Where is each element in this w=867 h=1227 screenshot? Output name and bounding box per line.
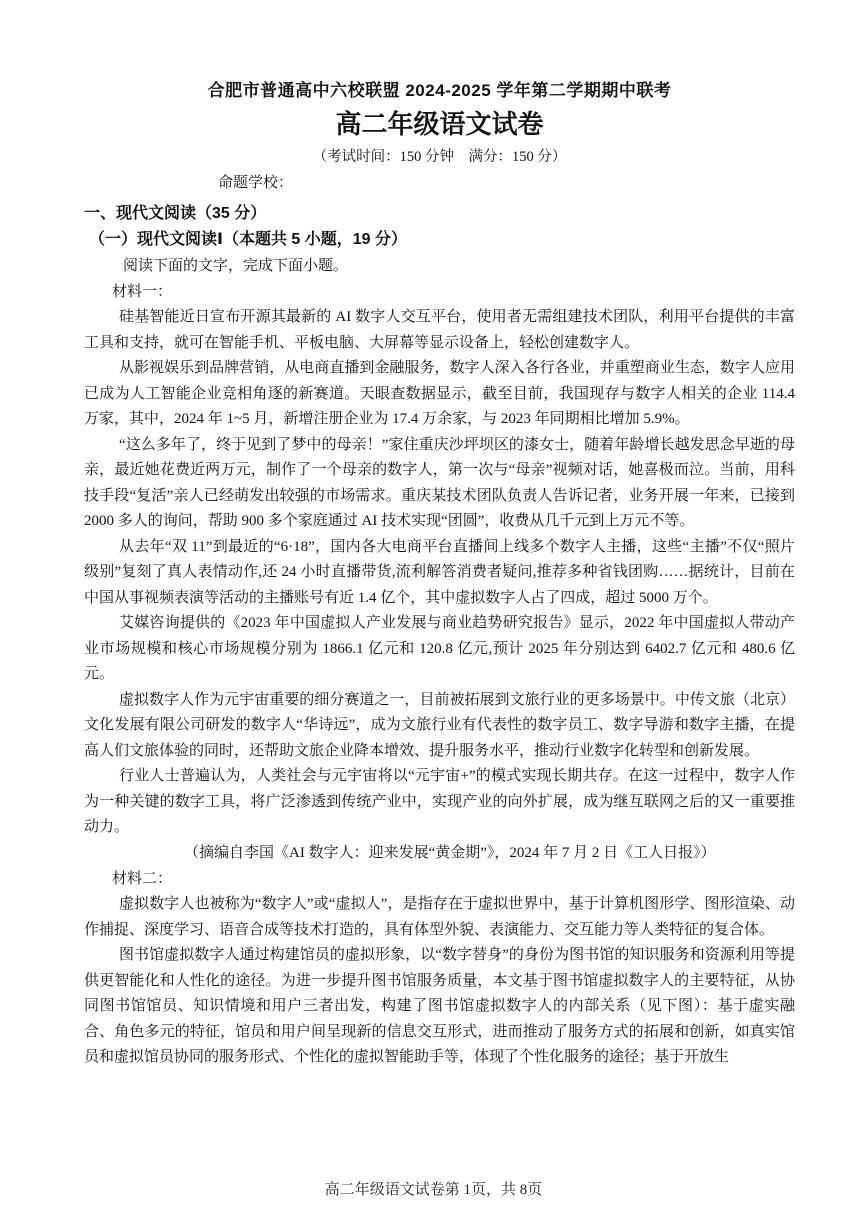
exam-title-line2: 高二年级语文试卷: [84, 106, 795, 142]
reading-instruction: 阅读下面的文字，完成下面小题。: [84, 253, 795, 279]
material-1-paragraph: “这么多年了，终于见到了梦中的母亲！”家住重庆沙坪坝区的漆女士，随着年龄增长越发…: [84, 433, 795, 535]
material-1-paragraph: 从去年“双 11”到最近的“6·18”，国内各大电商平台直播间上线多个数字人主播…: [84, 535, 795, 612]
material-1-paragraph: 艾媒咨询提供的《2023 年中国虚拟人产业发展与商业趋势研究报告》显示，2022…: [84, 611, 795, 688]
material-1-source-attribution: （摘编自李国《AI 数字人：迎来发展“黄金期”》，2024 年 7 月 2 日《…: [84, 841, 795, 867]
material-1-paragraph: 从影视娱乐到品牌营销，从电商直播到金融服务，数字人深入各行各业，并重塑商业生态，…: [84, 356, 795, 433]
material-1-paragraph: 硅基智能近日宣布开源其最新的 AI 数字人交互平台，使用者无需组建技术团队，利用…: [84, 305, 795, 356]
material-1-body: 硅基智能近日宣布开源其最新的 AI 数字人交互平台，使用者无需组建技术团队，利用…: [84, 305, 795, 841]
page-content: 合肥市普通高中六校联盟 2024-2025 学年第二学期期中联考 高二年级语文试…: [0, 0, 867, 1071]
material-1-paragraph: 行业人士普遍认为，人类社会与元宇宙将以“元宇宙+”的模式实现长期共存。在这一过程…: [84, 764, 795, 841]
material-2-paragraph: 图书馆虚拟数字人通过构建馆员的虚拟形象，以“数字替身”的身份为图书馆的知识服务和…: [84, 943, 795, 1071]
material-2-label: 材料二：: [84, 866, 795, 892]
proposing-school-label: 命题学校：: [218, 171, 795, 195]
page-footer-pagination: 高二年级语文试卷第 1页，共 8页: [0, 1178, 867, 1199]
material-2-body: 虚拟数字人也被称为“数字人”或“虚拟人”，是指存在于虚拟世界中，基于计算机图形学…: [84, 892, 795, 1071]
exam-time-score-info: （考试时间：150 分钟 满分：150 分）: [84, 145, 795, 169]
section-heading-modern-reading: 一、现代文阅读（35 分）: [84, 201, 795, 227]
exam-title-line1: 合肥市普通高中六校联盟 2024-2025 学年第二学期期中联考: [84, 80, 795, 102]
subsection-heading-reading-1: （一）现代文阅读Ⅰ（本题共 5 小题，19 分）: [89, 227, 795, 253]
exam-paper-page: 合肥市普通高中六校联盟 2024-2025 学年第二学期期中联考 高二年级语文试…: [0, 0, 867, 1227]
material-1-label: 材料一：: [84, 279, 795, 305]
material-1-paragraph: 虚拟数字人作为元宇宙重要的细分赛道之一，目前被拓展到文旅行业的更多场景中。中传文…: [84, 688, 795, 765]
material-2-paragraph: 虚拟数字人也被称为“数字人”或“虚拟人”，是指存在于虚拟世界中，基于计算机图形学…: [84, 892, 795, 943]
